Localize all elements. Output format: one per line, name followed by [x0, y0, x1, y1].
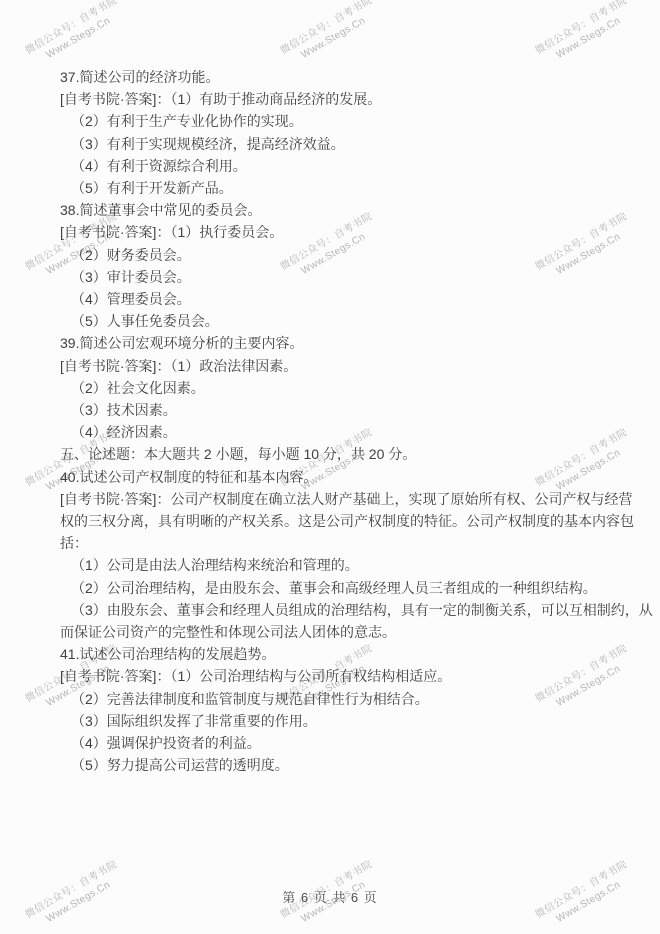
text-line: 五、论述题：本大题共 2 小题，每小题 10 分，共 20 分。: [0, 443, 660, 465]
text-line: [自考书院·答案]：公司产权制度在确立法人财产基础上，实现了原始所有权、公司产权…: [0, 488, 660, 510]
text-line: [自考书院·答案]：（1）公司治理结构与公司所有权结构相适应。: [0, 665, 660, 687]
text-line: 括：: [0, 532, 660, 554]
watermark: 微信公众号：自考书院Www.Stegs.Cn: [533, 0, 637, 70]
text-line: 37.简述公司的经济功能。: [0, 66, 660, 88]
text-line: （2）公司治理结构，是由股东会、董事会和高级经理人员三者组成的一种组织结构。: [0, 577, 660, 599]
text-line: （2）财务委员会。: [0, 244, 660, 266]
text-line: [自考书院·答案]：（1）政治法律因素。: [0, 355, 660, 377]
text-line: （3）审计委员会。: [0, 266, 660, 288]
watermark: 微信公众号：自考书院Www.Stegs.Cn: [278, 0, 382, 70]
text-line: 而保证公司资产的完整性和体现公司法人团体的意志。: [0, 621, 660, 643]
text-line: （4）强调保护投资者的利益。: [0, 732, 660, 754]
text-line: （1）公司是由法人治理结构来统治和管理的。: [0, 554, 660, 576]
text-line: 39.简述公司宏观环境分析的主要内容。: [0, 332, 660, 354]
text-line: （5）努力提高公司运营的透明度。: [0, 754, 660, 776]
text-line: （4）管理委员会。: [0, 288, 660, 310]
text-line: [自考书院·答案]：（1）执行委员会。: [0, 221, 660, 243]
text-line: （3）有利于实现规模经济，提高经济效益。: [0, 133, 660, 155]
watermark: 微信公众号：自考书院Www.Stegs.Cn: [23, 0, 127, 70]
text-line: 权的三权分离，具有明晰的产权关系。这是公司产权制度的特征。公司产权制度的基本内容…: [0, 510, 660, 532]
text-line: （3）技术因素。: [0, 399, 660, 421]
page-number-footer: 第 6 页 共 6 页: [0, 887, 660, 906]
text-line: （4）有利于资源综合利用。: [0, 155, 660, 177]
document-content: 37.简述公司的经济功能。[自考书院·答案]：（1）有助于推动商品经济的发展。（…: [0, 66, 660, 777]
text-line: （5）人事任免委员会。: [0, 310, 660, 332]
text-line: [自考书院·答案]：（1）有助于推动商品经济的发展。: [0, 88, 660, 110]
text-line: 38.简述董事会中常见的委员会。: [0, 199, 660, 221]
text-line: （3）由股东会、董事会和经理人员组成的治理结构，具有一定的制衡关系，可以互相制约…: [0, 599, 660, 621]
text-line: 41.试述公司治理结构的发展趋势。: [0, 643, 660, 665]
text-line: （5）有利于开发新产品。: [0, 177, 660, 199]
text-line: 40.试述公司产权制度的特征和基本内容。: [0, 466, 660, 488]
text-line: （4）经济因素。: [0, 421, 660, 443]
text-line: （3）国际组织发挥了非常重要的作用。: [0, 710, 660, 732]
text-line: （2）有利于生产专业化协作的实现。: [0, 110, 660, 132]
text-line: （2）完善法律制度和监管制度与规范自律性行为相结合。: [0, 688, 660, 710]
document-page: 微信公众号：自考书院Www.Stegs.Cn微信公众号：自考书院Www.Steg…: [0, 0, 660, 934]
text-line: （2）社会文化因素。: [0, 377, 660, 399]
